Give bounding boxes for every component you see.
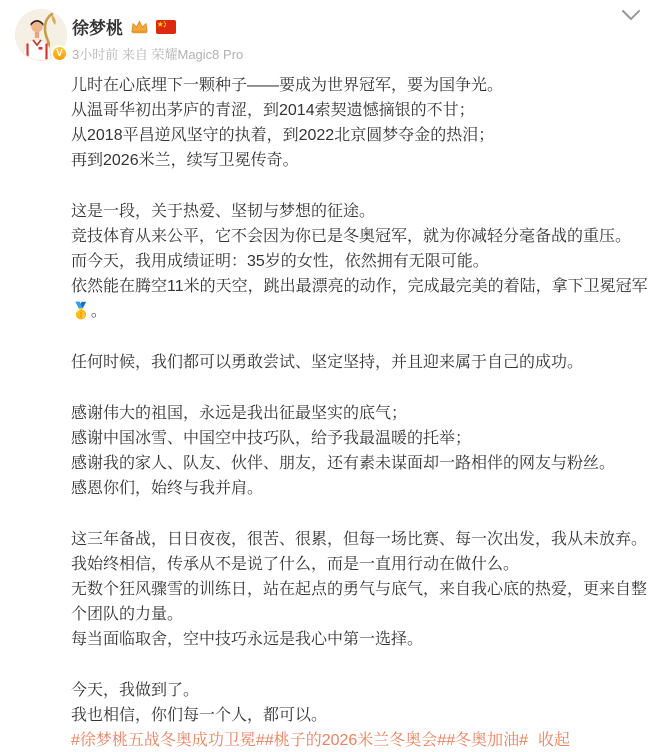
timestamp: 3小时前 bbox=[72, 47, 118, 62]
user-block: 徐梦桃 bbox=[72, 10, 644, 63]
chevron-down-icon[interactable] bbox=[620, 8, 642, 24]
hashtag-link[interactable]: #冬奥加油# bbox=[446, 732, 528, 749]
post-paragraph: 今天，我做到了。我也相信，你们每一个人，都可以。 bbox=[71, 678, 649, 728]
weibo-post: V 徐梦桃 bbox=[0, 0, 660, 752]
avatar[interactable]: V bbox=[16, 10, 66, 60]
source-device-link[interactable]: 荣耀Magic8 Pro bbox=[152, 47, 244, 62]
post-paragraph: 任何时候，我们都可以勇敢尝试、坚定坚持，并且迎来属于自己的成功。 bbox=[71, 350, 649, 375]
post-paragraph: 这三年备战，日日夜夜，很苦、很累，但每一场比赛、每一次出发，我从未放弃。我始终相… bbox=[71, 527, 649, 652]
hashtag-link[interactable]: #桃子的2026米兰冬奥会# bbox=[265, 732, 446, 749]
post-header: V 徐梦桃 bbox=[0, 0, 660, 60]
hashtag-link[interactable]: #徐梦桃五战冬奥成功卫冕# bbox=[71, 732, 265, 749]
hashtag-row: #徐梦桃五战冬奥成功卫冕##桃子的2026米兰冬奥会##冬奥加油#收起 bbox=[71, 728, 649, 752]
post-paragraph: 感谢伟大的祖国，永远是我出征最坚实的底气；感谢中国冰雪、中国空中技巧队，给予我最… bbox=[71, 401, 649, 501]
post-body: 儿时在心底埋下一颗种子——要成为世界冠军，要为国争光。从温哥华初出茅庐的青涩，到… bbox=[0, 60, 660, 752]
username-row: 徐梦桃 bbox=[72, 16, 644, 37]
post-paragraph: 儿时在心底埋下一颗种子——要成为世界冠军，要为国争光。从温哥华初出茅庐的青涩，到… bbox=[71, 73, 649, 173]
post-paragraph: 这是一段，关于热爱、坚韧与梦想的征途。竞技体育从来公平，它不会因为你已是冬奥冠军… bbox=[71, 199, 649, 324]
post-meta: 3小时前 来自 荣耀Magic8 Pro bbox=[72, 44, 644, 63]
collapse-link[interactable]: 收起 bbox=[538, 732, 570, 749]
verified-badge-icon: V bbox=[51, 45, 68, 62]
china-flag-icon bbox=[156, 20, 176, 34]
vip-crown-icon bbox=[130, 19, 149, 35]
username[interactable]: 徐梦桃 bbox=[72, 14, 123, 39]
from-label: 来自 bbox=[122, 47, 148, 62]
